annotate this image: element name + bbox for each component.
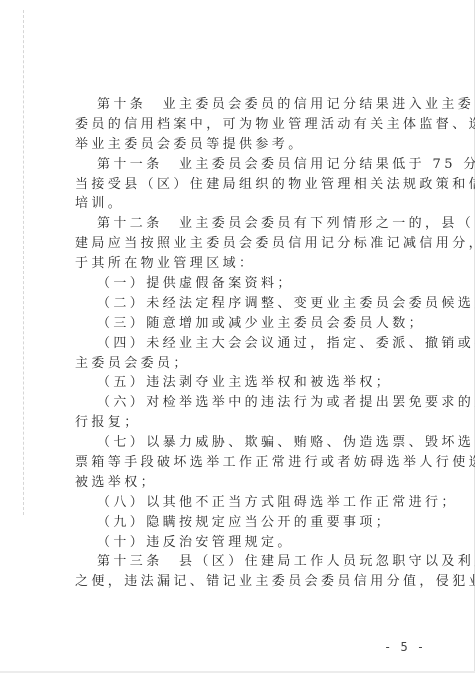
list-item: （三）随意增加或减少业主委员会委员人数；: [75, 314, 411, 334]
text-line: 被选举权；: [75, 473, 411, 493]
text-line: 第十一条 业主委员会委员信用记分结果低于 75 分的，应: [75, 155, 411, 175]
list-item: （九）隐瞒按规定应当公开的重要事项；: [75, 513, 411, 533]
list-item: （十）违反治安管理规定。: [75, 533, 411, 553]
list-item: （四）未经业主大会会议通过，指定、委派、撤销或罢免业: [75, 334, 411, 354]
text-line: 第十二条 业主委员会委员有下列情形之一的，县（区）住: [75, 214, 411, 234]
page-number: - 5 -: [384, 640, 425, 654]
binding-margin-line: [23, 10, 24, 515]
text-line: 行报复；: [75, 413, 411, 433]
text-line: 当接受县（区）住建局组织的物业管理相关法规政策和信用知识: [75, 175, 411, 195]
list-item: （七）以暴力威胁、欺骗、贿赂、伪造选票、毁坏选票或者: [75, 433, 411, 453]
text-line: 委员的信用档案中，可为物业管理活动有关主体监督、选择、选: [75, 115, 411, 135]
text-line: 第十三条 县（区）住建局工作人员玩忽职守以及利用职务: [75, 552, 411, 572]
list-item: （八）以其他不正当方式阻碍选举工作正常进行；: [75, 493, 411, 513]
list-item: （一）提供虚假备案资料；: [75, 274, 411, 294]
text-line: 举业主委员会委员等提供参考。: [75, 135, 411, 155]
text-line: 主委员会委员；: [75, 354, 411, 374]
text-line: 之便，违法漏记、错记业主委员会委员信用分值，侵犯业主委员: [75, 572, 411, 592]
list-item: （五）违法剥夺业主选举权和被选举权；: [75, 373, 411, 393]
text-line: 票箱等手段破坏选举工作正常进行或者妨碍选举人行使选举权和: [75, 453, 411, 473]
list-item: （六）对检举选举中的违法行为或者提出罢免要求的业主进: [75, 393, 411, 413]
text-line: 于其所在物业管理区域：: [75, 254, 411, 274]
list-item: （二）未经法定程序调整、变更业主委员会委员候选人；: [75, 294, 411, 314]
text-line: 建局应当按照业主委员会委员信用记分标准记减信用分，并公告: [75, 234, 411, 254]
text-line: 第十条 业主委员会委员的信用记分结果进入业主委员会: [75, 95, 411, 115]
document-body: 第十条 业主委员会委员的信用记分结果进入业主委员会 委员的信用档案中，可为物业管…: [75, 95, 411, 592]
text-line: 培训。: [75, 194, 411, 214]
